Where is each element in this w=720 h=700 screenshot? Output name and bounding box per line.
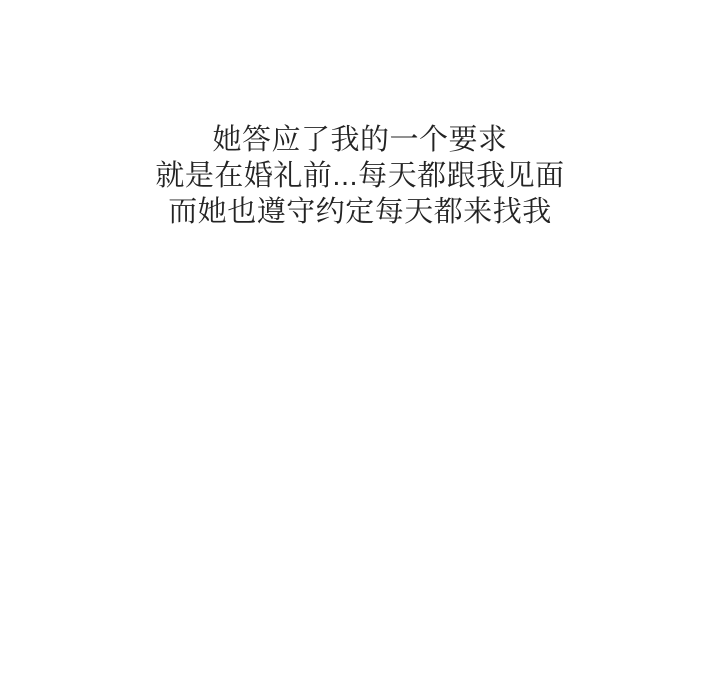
narration-line-1: 她答应了我的一个要求 (0, 122, 720, 158)
narration-line-3: 而她也遵守约定每天都来找我 (0, 194, 720, 230)
comic-page: 她答应了我的一个要求 就是在婚礼前...每天都跟我见面 而她也遵守约定每天都来找… (0, 0, 720, 700)
narration-text-block: 她答应了我的一个要求 就是在婚礼前...每天都跟我见面 而她也遵守约定每天都来找… (0, 122, 720, 230)
narration-line-2: 就是在婚礼前...每天都跟我见面 (0, 158, 720, 194)
